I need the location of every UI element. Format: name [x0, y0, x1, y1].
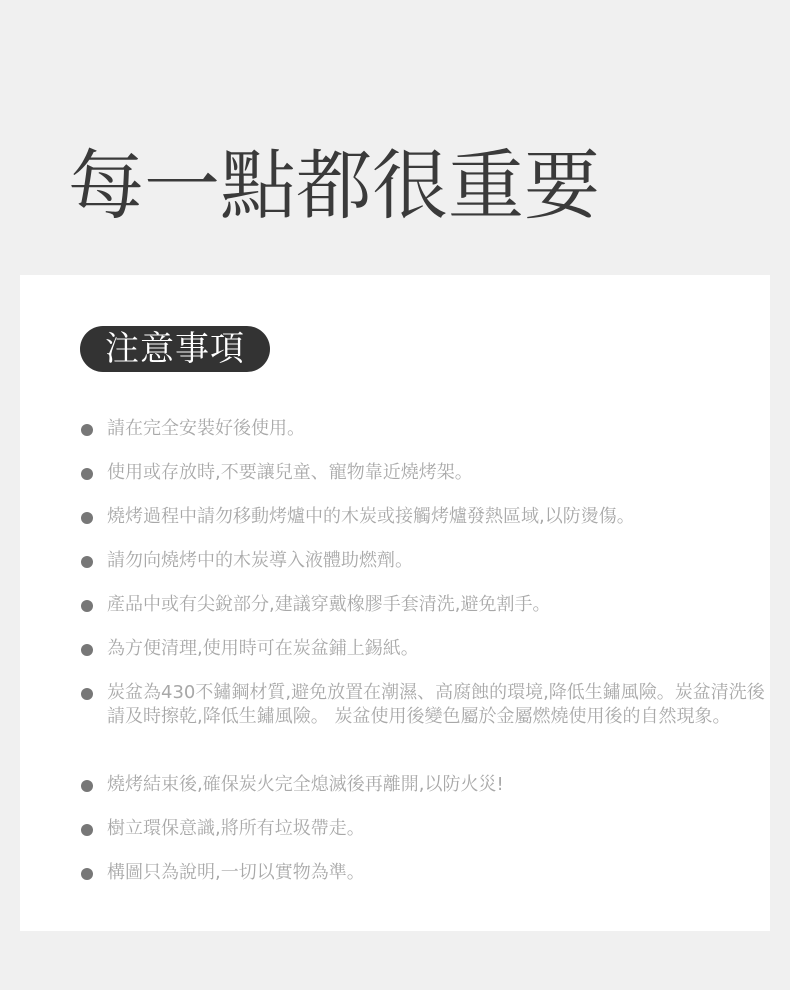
note-item: 燒烤過程中請勿移動烤爐中的木炭或接觸烤爐發熱區域,以防燙傷。 — [80, 505, 767, 529]
note-item: 構圖只為說明,一切以實物為準。 — [80, 861, 767, 885]
bullet-dot-icon — [81, 824, 93, 836]
notice-card: 注意事項 請在完全安裝好後使用。 使用或存放時,不要讓兒童、寵物靠近燒烤架。 燒… — [20, 275, 770, 931]
note-item: 請在完全安裝好後使用。 — [80, 417, 767, 441]
note-text: 請勿向燒烤中的木炭導入液體助燃劑。 — [107, 549, 767, 573]
note-text: 請在完全安裝好後使用。 — [107, 417, 767, 441]
note-text: 產品中或有尖銳部分,建議穿戴橡膠手套清洗,避免割手。 — [107, 593, 767, 617]
note-text: 構圖只為說明,一切以實物為準。 — [107, 861, 767, 885]
bullet-dot-icon — [81, 512, 93, 524]
note-item: 樹立環保意識,將所有垃圾帶走。 — [80, 817, 767, 841]
bullet-dot-icon — [81, 688, 93, 700]
note-item: 產品中或有尖銳部分,建議穿戴橡膠手套清洗,避免割手。 — [80, 593, 767, 617]
note-text: 使用或存放時,不要讓兒童、寵物靠近燒烤架。 — [107, 461, 767, 485]
bullet-dot-icon — [81, 556, 93, 568]
note-text: 為方便清理,使用時可在炭盆鋪上錫紙。 — [107, 637, 767, 661]
note-item: 使用或存放時,不要讓兒童、寵物靠近燒烤架。 — [80, 461, 767, 485]
bullet-dot-icon — [81, 468, 93, 480]
bullet-dot-icon — [81, 424, 93, 436]
note-text: 燒烤過程中請勿移動烤爐中的木炭或接觸烤爐發熱區域,以防燙傷。 — [107, 505, 767, 529]
note-item: 請勿向燒烤中的木炭導入液體助燃劑。 — [80, 549, 767, 573]
note-text: 樹立環保意識,將所有垃圾帶走。 — [107, 817, 767, 841]
note-item: 炭盆為430不鏽鋼材質,避免放置在潮濕、高腐蝕的環境,降低生鏽風險。炭盆清洗後請… — [80, 681, 767, 729]
page-title: 每一點都很重要 — [68, 138, 600, 234]
bullet-dot-icon — [81, 644, 93, 656]
bullet-dot-icon — [81, 600, 93, 612]
note-item: 燒烤結束後,確保炭火完全熄滅後再離開,以防火災! — [80, 773, 767, 797]
note-text: 燒烤結束後,確保炭火完全熄滅後再離開,以防火災! — [107, 773, 767, 797]
bullet-dot-icon — [81, 780, 93, 792]
section-label-pill: 注意事項 — [80, 326, 270, 372]
bullet-dot-icon — [81, 868, 93, 880]
note-item: 為方便清理,使用時可在炭盆鋪上錫紙。 — [80, 637, 767, 661]
note-text: 炭盆為430不鏽鋼材質,避免放置在潮濕、高腐蝕的環境,降低生鏽風險。炭盆清洗後請… — [107, 681, 767, 729]
